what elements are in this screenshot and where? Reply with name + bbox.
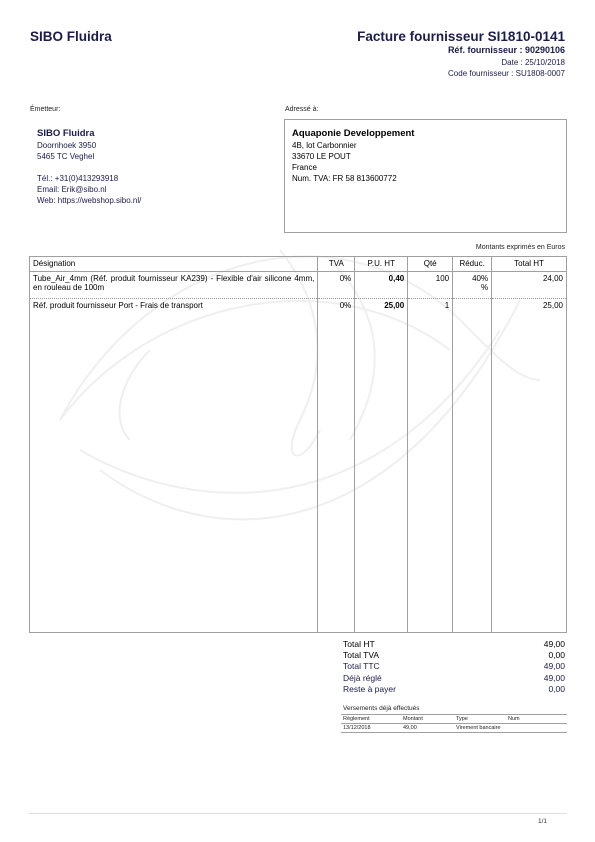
line-tva: 0%	[318, 299, 355, 633]
recipient-country: France	[292, 162, 566, 173]
column-header-discount: Réduc.	[453, 257, 492, 272]
currency-note: Montants exprimés en Euros	[476, 244, 565, 251]
payments-table: Règlement Montant Type Num 13/12/2018 49…	[341, 714, 567, 733]
already-paid-value: 49,00	[544, 673, 565, 684]
emitter-label: Émetteur:	[30, 106, 60, 113]
emitter-address-line1: Doornhoek 3950	[37, 140, 274, 151]
total-ttc-label: Total TTC	[343, 661, 380, 672]
table-row: Réf. produit fournisseur Port - Frais de…	[30, 299, 567, 633]
column-header-tva: TVA	[318, 257, 355, 272]
column-header-quantity: Qté	[408, 257, 453, 272]
line-unit-price: 0,40	[355, 272, 408, 299]
emitter-name: SIBO Fluidra	[37, 128, 274, 140]
payments-col-type: Type	[454, 715, 506, 724]
line-discount	[453, 299, 492, 633]
payments-col-num: Num	[506, 715, 567, 724]
payments-title: Versements déjà effectués	[343, 705, 419, 712]
recipient-block: Aquaponie Developpement 4B, lot Carbonni…	[284, 119, 567, 233]
remaining-label: Reste à payer	[343, 684, 396, 695]
document-date: Date : 25/10/2018	[357, 57, 565, 68]
supplier-reference: Réf. fournisseur : 90290106	[357, 45, 565, 55]
column-header-designation: Désignation	[30, 257, 318, 272]
already-paid-label: Déjà réglé	[343, 673, 382, 684]
footer-divider	[29, 813, 567, 814]
line-designation: Tube_Air_4mm (Réf. produit fournisseur K…	[30, 272, 318, 299]
already-paid-row: Déjà réglé 49,00	[343, 673, 565, 684]
recipient-address-line1: 4B, lot Carbonnier	[292, 140, 566, 151]
document-title: Facture fournisseur SI1810-0141	[357, 29, 565, 44]
emitter-email[interactable]: Email: Erik@sibo.nl	[37, 184, 274, 195]
payment-num	[506, 724, 567, 733]
emitter-web[interactable]: Web: https://webshop.sibo.nl/	[37, 195, 274, 206]
payments-header-row: Règlement Montant Type Num	[341, 715, 567, 724]
column-header-total-ht: Total HT	[492, 257, 567, 272]
line-total-ht: 24,00	[492, 272, 567, 299]
line-unit-price: 25,00	[355, 299, 408, 633]
line-discount: 40% %	[453, 272, 492, 299]
recipient-address-line2: 33670 LE POUT	[292, 151, 566, 162]
emitter-block: SIBO Fluidra Doornhoek 3950 5465 TC Vegh…	[30, 120, 274, 210]
line-quantity: 100	[408, 272, 453, 299]
payment-type: Virement bancaire	[454, 724, 506, 733]
total-ht-value: 49,00	[544, 639, 565, 650]
totals-block: Total HT 49,00 Total TVA 0,00 Total TTC …	[343, 639, 565, 695]
total-ht-row: Total HT 49,00	[343, 639, 565, 650]
recipient-vat: Num. TVA: FR 58 813600772	[292, 173, 566, 184]
emitter-address-line2: 5465 TC Veghel	[37, 151, 274, 162]
payment-amount: 49,00	[401, 724, 454, 733]
total-tva-value: 0,00	[548, 650, 565, 661]
line-quantity: 1	[408, 299, 453, 633]
page-number: 1/1	[538, 818, 547, 825]
column-header-unit-price: P.U. HT	[355, 257, 408, 272]
payment-date: 13/12/2018	[341, 724, 401, 733]
total-ttc-row: Total TTC 49,00	[343, 661, 565, 672]
supplier-code: Code fournisseur : SU1808-0007	[357, 68, 565, 79]
total-ttc-value: 49,00	[544, 661, 565, 672]
total-tva-label: Total TVA	[343, 650, 379, 661]
payment-row: 13/12/2018 49,00 Virement bancaire	[341, 724, 567, 733]
invoice-lines-table: Désignation TVA P.U. HT Qté Réduc. Total…	[29, 256, 567, 633]
emitter-phone: Tél.: +31(0)413293918	[37, 173, 274, 184]
table-row: Tube_Air_4mm (Réf. produit fournisseur K…	[30, 272, 567, 299]
table-header-row: Désignation TVA P.U. HT Qté Réduc. Total…	[30, 257, 567, 272]
payments-col-amount: Montant	[401, 715, 454, 724]
payments-col-date: Règlement	[341, 715, 401, 724]
recipient-name: Aquaponie Developpement	[292, 128, 566, 140]
recipient-label: Adressé à:	[285, 106, 318, 113]
line-total-ht: 25,00	[492, 299, 567, 633]
line-tva: 0%	[318, 272, 355, 299]
company-name: SIBO Fluidra	[30, 29, 112, 44]
total-tva-row: Total TVA 0,00	[343, 650, 565, 661]
document-header: Facture fournisseur SI1810-0141 Réf. fou…	[357, 29, 565, 79]
line-designation: Réf. produit fournisseur Port - Frais de…	[30, 299, 318, 633]
remaining-value: 0,00	[548, 684, 565, 695]
remaining-row: Reste à payer 0,00	[343, 684, 565, 695]
total-ht-label: Total HT	[343, 639, 375, 650]
